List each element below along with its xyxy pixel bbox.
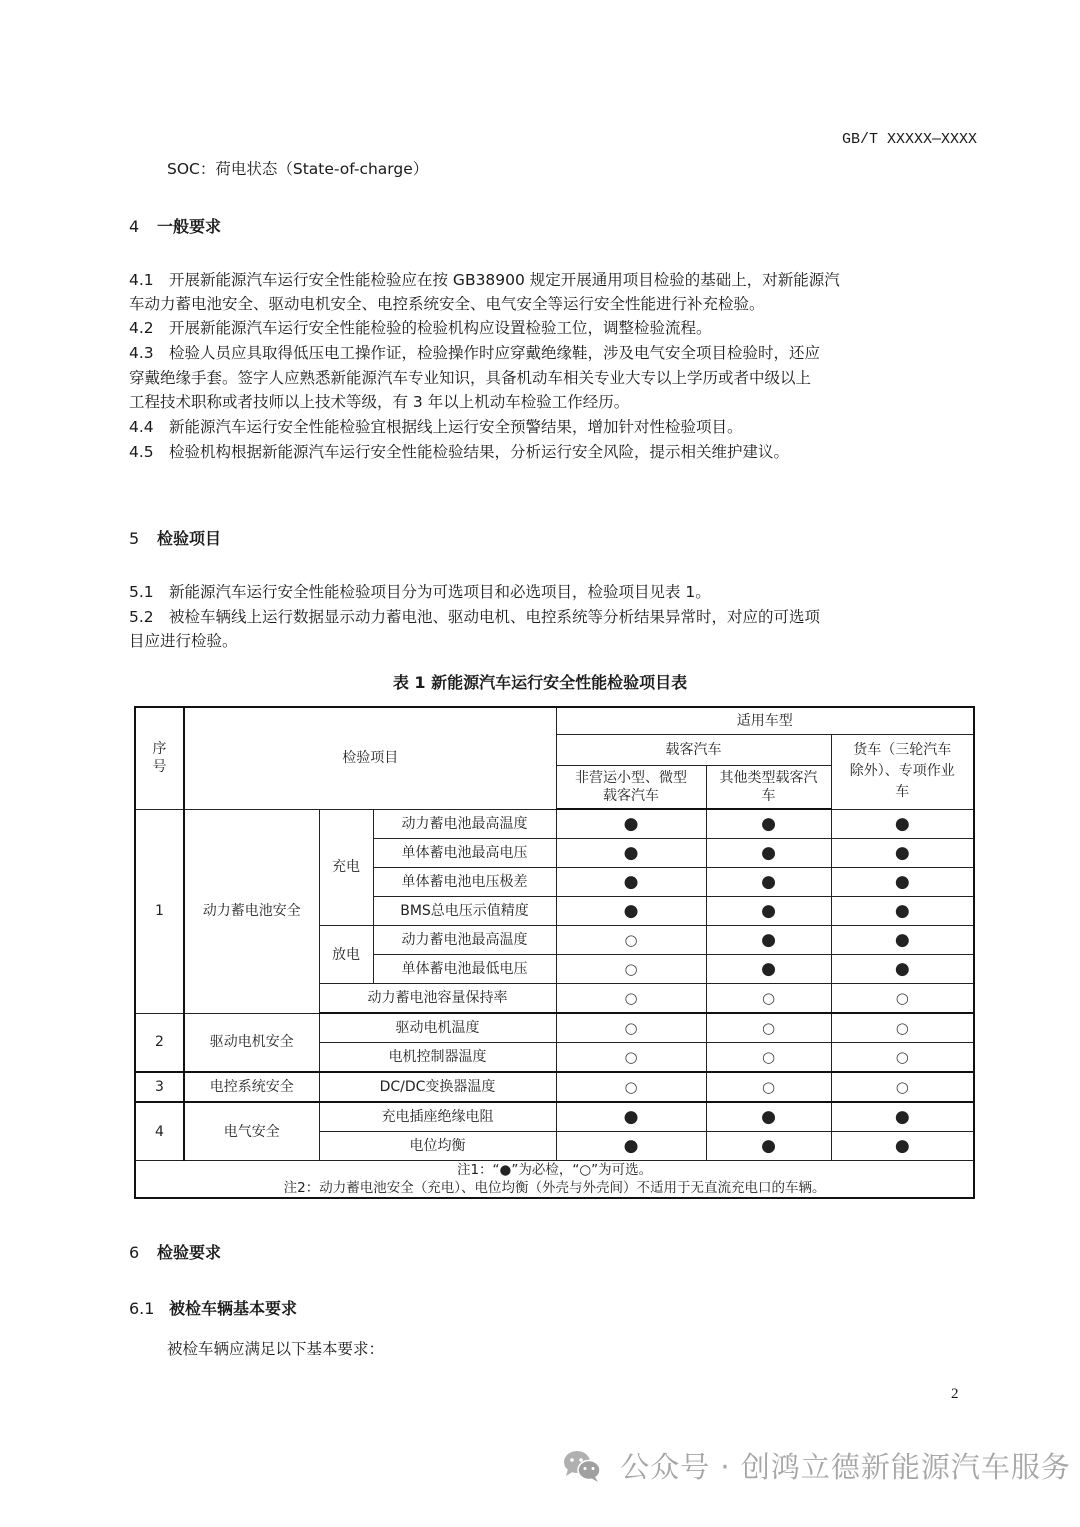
mark-col-b: ○ [706, 1072, 831, 1102]
section-5-heading: 5检验项目 [129, 526, 221, 549]
clause-text: 新能源汽车运行安全性能检验宜根据线上运行安全预警结果，增加针对性检验项目。 [169, 418, 743, 436]
section-title: 检验要求 [157, 1243, 221, 1262]
mark-col-a: ○ [556, 926, 706, 955]
clause-number: 4.4 [129, 415, 169, 439]
clause-number: 4.2 [129, 316, 169, 340]
mark-col-c: ● [831, 809, 974, 839]
subsection-title: 被检车辆基本要求 [169, 1299, 297, 1318]
table-caption: 表 1 新能源汽车运行安全性能检验项目表 [0, 670, 1080, 693]
wechat-icon [562, 1450, 620, 1484]
table-row: 4 电气安全 充电插座绝缘电阻 ● ● ● [135, 1102, 974, 1132]
mark-col-a: ● [556, 1102, 706, 1132]
table-row: 1 动力蓄电池安全 充电 动力蓄电池最高温度 ● ● ● [135, 809, 974, 839]
clause-4-1-cont: 车动力蓄电池安全、驱动电机安全、电控系统安全、电气安全等运行安全性能进行补充检验… [129, 292, 765, 316]
mark-col-b: ● [706, 897, 831, 926]
table-row: 2 驱动电机安全 驱动电机温度 ○ ○ ○ [135, 1013, 974, 1043]
mark-col-b: ○ [706, 1043, 831, 1073]
clause-text: 检验机构根据新能源汽车运行安全性能检验结果，分析运行安全风险，提示相关维护建议。 [169, 443, 789, 461]
table-notes-row: 注1：“●”为必检，“○”为可选。 注2：动力蓄电池安全（充电）、电位均衡（外壳… [135, 1161, 974, 1199]
mark-col-b: ○ [706, 1013, 831, 1043]
header-applicable: 适用车型 [556, 707, 974, 735]
group-seq: 2 [135, 1013, 184, 1072]
section-number: 4 [129, 217, 157, 236]
mark-col-a: ● [556, 809, 706, 839]
header-col-b: 其他类型载客汽车 [706, 766, 831, 810]
group-name: 动力蓄电池安全 [184, 809, 319, 1013]
subsection-6-1-heading: 6.1被检车辆基本要求 [129, 1296, 297, 1319]
mark-col-c: ○ [831, 984, 974, 1014]
mark-col-b: ● [706, 926, 831, 955]
group-name: 驱动电机安全 [184, 1013, 319, 1072]
clause-number: 4.3 [129, 341, 169, 365]
clause-5-1: 5.1新能源汽车运行安全性能检验项目分为可选项目和必选项目，检验项目见表 1。 [129, 580, 711, 604]
item-name: 动力蓄电池最高温度 [373, 926, 556, 955]
clause-text: 新能源汽车运行安全性能检验项目分为可选项目和必选项目，检验项目见表 1。 [169, 583, 711, 601]
subgroup-discharge: 放电 [319, 926, 373, 984]
mark-col-a: ● [556, 1132, 706, 1161]
section-4-heading: 4一般要求 [129, 214, 221, 237]
clause-4-1: 4.1开展新能源汽车运行安全性能检验应在按 GB38900 规定开展通用项目检验… [129, 268, 840, 292]
clause-number: 4.5 [129, 440, 169, 464]
clause-4-3-cont1: 穿戴绝缘手套。签字人应熟悉新能源汽车专业知识，具备机动车相关专业大专以上学历或者… [129, 366, 811, 390]
standard-code: GB/T XXXXX—XXXX [842, 131, 977, 148]
mark-col-b: ● [706, 1102, 831, 1132]
item-name: BMS总电压示值精度 [373, 897, 556, 926]
clause-5-2: 5.2被检车辆线上运行数据显示动力蓄电池、驱动电机、电控系统等分析结果异常时，对… [129, 605, 820, 629]
mark-col-a: ○ [556, 1013, 706, 1043]
mark-col-b: ● [706, 868, 831, 897]
watermark-text: 公众号 · 创鸿立德新能源汽车服务 [620, 1450, 1071, 1484]
note-2: 注2：动力蓄电池安全（充电）、电位均衡（外壳与外壳间）不适用于无直流充电口的车辆… [136, 1179, 973, 1197]
group-seq: 1 [135, 809, 184, 1013]
mark-col-c: ● [831, 839, 974, 868]
mark-col-c: ● [831, 897, 974, 926]
section-title: 一般要求 [157, 217, 221, 236]
section-number: 5 [129, 529, 157, 548]
header-col-c: 货车（三轮汽车除外）、专项作业车 [831, 735, 974, 810]
item-name: 动力蓄电池容量保持率 [319, 984, 556, 1014]
mark-col-c: ● [831, 926, 974, 955]
soc-abbreviation: SOC：荷电状态（State-of-charge） [167, 157, 428, 181]
subsection-number: 6.1 [129, 1299, 169, 1318]
mark-col-c: ● [831, 1132, 974, 1161]
mark-col-b: ● [706, 955, 831, 984]
mark-col-a: ● [556, 897, 706, 926]
item-name: 动力蓄电池最高温度 [373, 809, 556, 839]
clause-text: 被检车辆线上运行数据显示动力蓄电池、驱动电机、电控系统等分析结果异常时，对应的可… [169, 608, 820, 626]
mark-col-c: ● [831, 955, 974, 984]
item-name: 电位均衡 [319, 1132, 556, 1161]
clause-text: 开展新能源汽车运行安全性能检验应在按 GB38900 规定开展通用项目检验的基础… [169, 271, 840, 289]
mark-col-a: ○ [556, 1072, 706, 1102]
clause-text: 开展新能源汽车运行安全性能检验的检验机构应设置检验工位，调整检验流程。 [169, 319, 712, 337]
header-passenger: 载客汽车 [556, 735, 831, 766]
mark-col-c: ● [831, 868, 974, 897]
clause-4-2: 4.2开展新能源汽车运行安全性能检验的检验机构应设置检验工位，调整检验流程。 [129, 316, 712, 340]
clause-4-3-cont2: 工程技术职称或者技师以上技术等级，有 3 年以上机动车检验工作经历。 [129, 390, 629, 414]
item-name: 单体蓄电池最高电压 [373, 839, 556, 868]
mark-col-c: ○ [831, 1072, 974, 1102]
group-name: 电气安全 [184, 1102, 319, 1161]
mark-col-a: ● [556, 868, 706, 897]
item-name: 单体蓄电池最低电压 [373, 955, 556, 984]
mark-col-a: ○ [556, 984, 706, 1014]
inspection-items-table: 序号 检验项目 适用车型 载客汽车 货车（三轮汽车除外）、专项作业车 非营运小型… [134, 706, 975, 1199]
group-seq: 3 [135, 1072, 184, 1102]
clause-4-5: 4.5检验机构根据新能源汽车运行安全性能检验结果，分析运行安全风险，提示相关维护… [129, 440, 789, 464]
mark-col-a: ● [556, 839, 706, 868]
mark-col-a: ○ [556, 1043, 706, 1073]
item-name: 电机控制器温度 [319, 1043, 556, 1073]
header-col-a: 非营运小型、微型载客汽车 [556, 766, 706, 810]
mark-col-b: ● [706, 839, 831, 868]
section-6-1-body: 被检车辆应满足以下基本要求： [167, 1337, 384, 1361]
table-notes: 注1：“●”为必检，“○”为可选。 注2：动力蓄电池安全（充电）、电位均衡（外壳… [135, 1161, 974, 1199]
watermark: 公众号 · 创鸿立德新能源汽车服务 [562, 1445, 1071, 1486]
clause-number: 5.2 [129, 605, 169, 629]
group-name: 电控系统安全 [184, 1072, 319, 1102]
clause-text: 检验人员应具取得低压电工操作证，检验操作时应穿戴绝缘鞋，涉及电气安全项目检验时，… [169, 344, 820, 362]
clause-5-2-cont: 目应进行检验。 [129, 629, 238, 653]
mark-col-b: ● [706, 1132, 831, 1161]
mark-col-b: ● [706, 809, 831, 839]
item-name: 充电插座绝缘电阻 [319, 1102, 556, 1132]
table-row: 3 电控系统安全 DC/DC变换器温度 ○ ○ ○ [135, 1072, 974, 1102]
item-name: 驱动电机温度 [319, 1013, 556, 1043]
clause-4-3: 4.3检验人员应具取得低压电工操作证，检验操作时应穿戴绝缘鞋，涉及电气安全项目检… [129, 341, 820, 365]
mark-col-a: ○ [556, 955, 706, 984]
header-item: 检验项目 [184, 707, 556, 809]
page-number: 2 [951, 1386, 959, 1403]
clause-number: 5.1 [129, 580, 169, 604]
clause-number: 4.1 [129, 268, 169, 292]
mark-col-c: ● [831, 1102, 974, 1132]
clause-4-4: 4.4新能源汽车运行安全性能检验宜根据线上运行安全预警结果，增加针对性检验项目。 [129, 415, 743, 439]
note-1: 注1：“●”为必检，“○”为可选。 [136, 1161, 973, 1179]
item-name: 单体蓄电池电压极差 [373, 868, 556, 897]
section-6-heading: 6检验要求 [129, 1240, 221, 1263]
group-seq: 4 [135, 1102, 184, 1161]
subgroup-charge: 充电 [319, 809, 373, 926]
item-name: DC/DC变换器温度 [319, 1072, 556, 1102]
mark-col-c: ○ [831, 1013, 974, 1043]
header-seq: 序号 [135, 707, 184, 809]
mark-col-c: ○ [831, 1043, 974, 1073]
mark-col-b: ○ [706, 984, 831, 1014]
section-title: 检验项目 [157, 529, 221, 548]
section-number: 6 [129, 1243, 157, 1262]
